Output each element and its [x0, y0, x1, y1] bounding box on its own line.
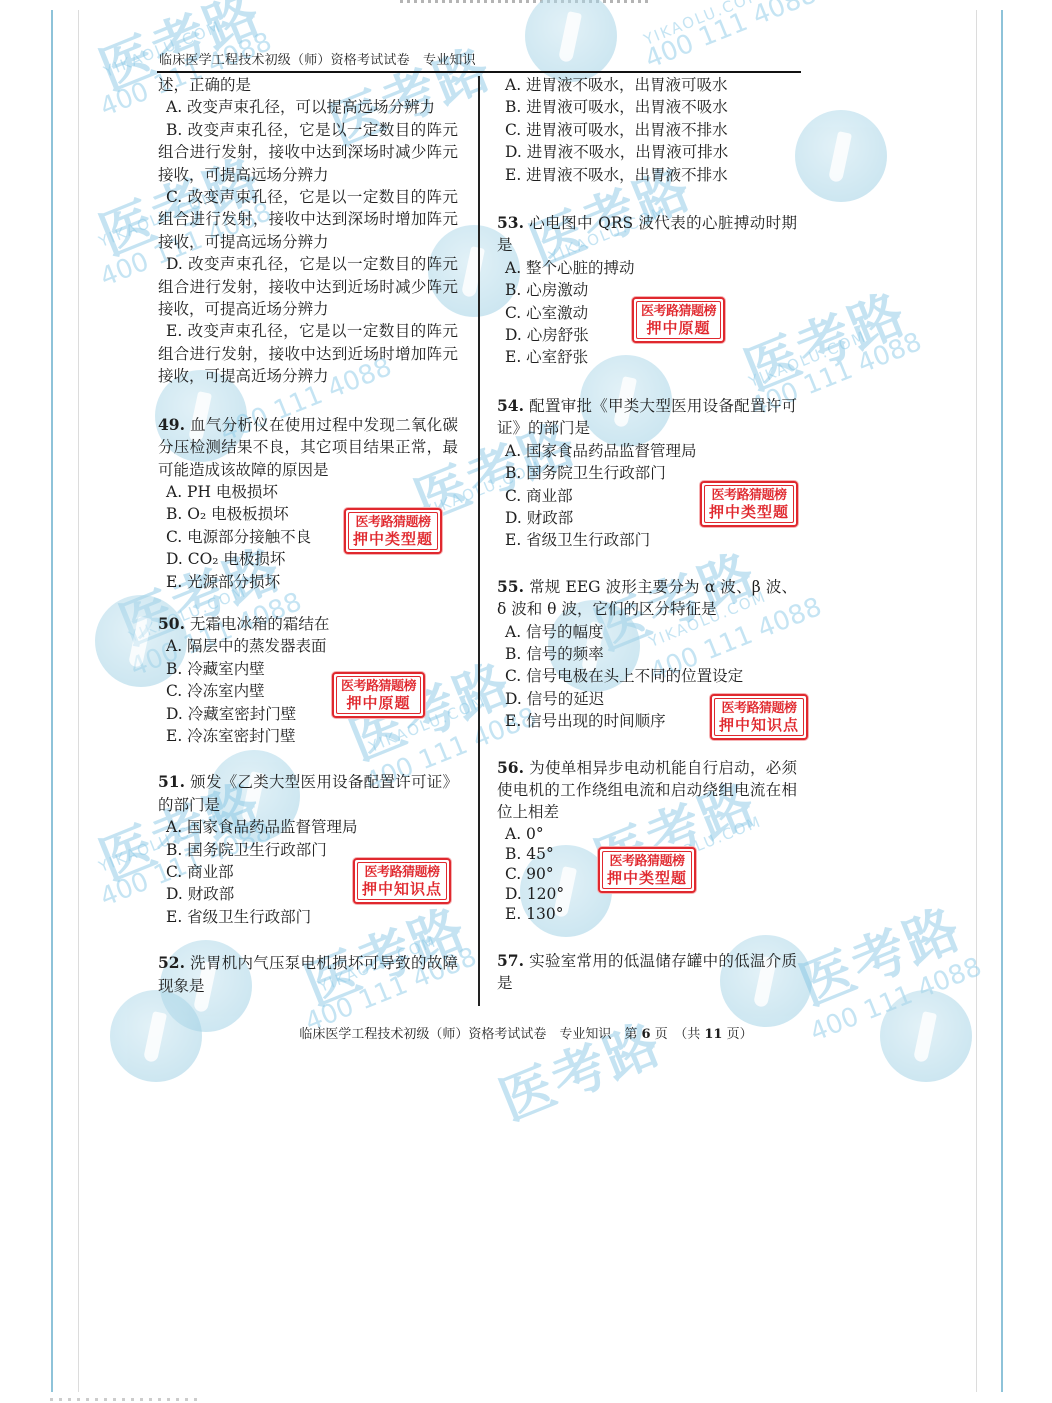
- stamp-brand: 医考路猜题榜: [709, 487, 789, 504]
- watermark-url: YIKAOLU.COM: [641, 0, 764, 49]
- watermark-logo: 医考路: [487, 1001, 672, 1135]
- option-e: E. 改变声束孔径，它是以一定数目的阵元组合进行发射，接收中达到近场时增加阵元接…: [158, 320, 458, 387]
- stamp-label: 押中知识点: [362, 881, 442, 898]
- stamp-badge-q54: 医考路猜题榜押中类型题: [700, 481, 798, 527]
- stamp-badge-q56: 医考路猜题榜押中类型题: [598, 847, 696, 893]
- stamp-brand: 医考路猜题榜: [607, 853, 687, 870]
- header-title: 临床医学工程技术初级（师）资格考试试卷 专业知识: [159, 49, 476, 68]
- stamp-label: 押中原题: [641, 320, 716, 337]
- question-number: 51.: [158, 772, 185, 791]
- stamp-badge-q55: 医考路猜题榜押中知识点: [710, 694, 808, 740]
- option-b: B. 信号的频率: [497, 643, 797, 665]
- option-a: A. 国家食品药品监督管理局: [158, 816, 458, 838]
- question-54: 54. 配置审批《甲类大型医用设备配置许可证》的部门是 A. 国家食品药品监督管…: [497, 395, 797, 552]
- stamp-badge-q49: 医考路猜题榜押中类型题: [344, 508, 442, 554]
- page-number: 6: [642, 1027, 651, 1042]
- question-56: 56. 为使单相异步电动机能自行启动，必须使电机的工作绕组电流和启动绕组电流在相…: [497, 757, 797, 924]
- stamp-label: 押中原题: [341, 695, 416, 712]
- question-52-options: A. 进胃液不吸水，出胃液可吸水 B. 进胃液可吸水，出胃液不吸水 C. 进胃液…: [497, 74, 797, 186]
- question-51: 51. 颁发《乙类大型医用设备配置许可证》的部门是 A. 国家食品药品监督管理局…: [158, 771, 458, 928]
- question-52: 52. 洗胃机内气压泵电机损坏可导致的故障现象是: [158, 952, 458, 997]
- scan-artifact-bottom: [50, 1398, 200, 1401]
- question-number: 54.: [497, 396, 524, 415]
- question-text: 常规 EEG 波形主要分为 α 波、β 波、δ 波和 θ 波，它们的区分特征是: [497, 578, 797, 618]
- stamp-label: 押中类型题: [607, 870, 687, 887]
- page-frame-right: [1001, 10, 1003, 1392]
- stamp-badge-q53: 医考路猜题榜押中原题: [632, 297, 725, 343]
- question-number: 57.: [497, 951, 524, 970]
- question-text: 配置审批《甲类大型医用设备配置许可证》的部门是: [497, 397, 797, 437]
- question-text: 洗胃机内气压泵电机损坏可导致的故障现象是: [158, 954, 458, 994]
- stamp-brand: 医考路猜题榜: [353, 514, 433, 531]
- option-d: D. 进胃液不吸水，出胃液可排水: [497, 141, 797, 163]
- stamp-brand: 医考路猜题榜: [719, 700, 799, 717]
- question-number: 56.: [497, 758, 524, 777]
- question-stem: 49. 血气分析仪在使用过程中发现二氧化碳分压检测结果不良，其它项目结果正常，最…: [158, 414, 458, 481]
- option-c: C. 进胃液可吸水，出胃液不排水: [497, 119, 797, 141]
- stamp-label: 押中类型题: [353, 531, 433, 548]
- footer-suffix: 页）: [727, 1027, 753, 1042]
- page-frame-left-inner: [78, 10, 79, 1392]
- option-e: E. 省级卫生行政部门: [158, 906, 458, 928]
- question-text: 血气分析仪在使用过程中发现二氧化碳分压检测结果不良，其它项目结果正常，最可能造成…: [158, 416, 458, 479]
- stamp-badge-q51: 医考路猜题榜押中知识点: [353, 858, 451, 904]
- question-number: 53.: [497, 213, 524, 232]
- footer-prefix: 临床医学工程技术初级（师）资格考试试卷 专业知识 第: [299, 1027, 637, 1042]
- option-a: A. 进胃液不吸水，出胃液可吸水: [497, 74, 797, 96]
- option-a: A. 0°: [497, 824, 797, 844]
- question-number: 49.: [158, 415, 185, 434]
- footer-middle: 页 （共: [655, 1027, 701, 1042]
- stamp-label: 押中类型题: [709, 504, 789, 521]
- question-text: 颁发《乙类大型医用设备配置许可证》的部门是: [158, 773, 458, 813]
- question-text: 实验室常用的低温储存罐中的低温介质是: [497, 952, 797, 992]
- page-frame-right-inner: [976, 10, 977, 1392]
- page-footer: 临床医学工程技术初级（师）资格考试试卷 专业知识 第 6 页 （共 11 页）: [0, 1023, 1052, 1042]
- page-frame-left: [51, 10, 53, 1392]
- option-e: E. 130°: [497, 904, 797, 924]
- option-e: E. 冷冻室密封门壁: [158, 725, 458, 747]
- option-c: C. 信号电极在头上不同的位置设定: [497, 665, 797, 687]
- watermark-drop-icon: [795, 110, 887, 202]
- option-c: C. 改变声束孔径，它是以一定数目的阵元组合进行发射，接收中达到深场时增加阵元接…: [158, 186, 458, 253]
- stamp-label: 押中知识点: [719, 717, 799, 734]
- option-e: E. 光源部分损坏: [158, 571, 458, 593]
- page-header: 临床医学工程技术初级（师）资格考试试卷 专业知识: [157, 49, 801, 73]
- question-48-continued: 述，正确的是 A. 改变声束孔径，可以提高远场分辨力 B. 改变声束孔径，它是以…: [158, 74, 458, 388]
- option-a: A. 改变声束孔径，可以提高远场分辨力: [158, 96, 458, 118]
- option-a: A. 隔层中的蒸发器表面: [158, 635, 458, 657]
- option-a: A. 国家食品药品监督管理局: [497, 440, 797, 462]
- question-57: 57. 实验室常用的低温储存罐中的低温介质是: [497, 950, 797, 995]
- total-pages: 11: [704, 1027, 722, 1042]
- option-b: B. 进胃液可吸水，出胃液不吸水: [497, 96, 797, 118]
- scan-artifact-top: [400, 0, 650, 3]
- stamp-brand: 医考路猜题榜: [362, 864, 442, 881]
- question-number: 50.: [158, 614, 185, 633]
- option-b: B. 改变声束孔径，它是以一定数目的阵元组合进行发射，接收中达到深场时减少阵元接…: [158, 119, 458, 186]
- watermark-logo: 医考路: [787, 886, 972, 1020]
- question-text: 心电图中 QRS 波代表的心脏搏动时期是: [497, 214, 797, 254]
- stamp-badge-q50: 医考路猜题榜押中原题: [332, 672, 425, 718]
- option-a: A. PH 电极损坏: [158, 481, 458, 503]
- stamp-brand: 医考路猜题榜: [641, 303, 716, 320]
- question-49: 49. 血气分析仪在使用过程中发现二氧化碳分压检测结果不良，其它项目结果正常，最…: [158, 414, 458, 593]
- option-a: A. 信号的幅度: [497, 621, 797, 643]
- question-stem: 述，正确的是: [158, 74, 458, 96]
- option-e: E. 心室舒张: [497, 346, 797, 368]
- option-e: E. 进胃液不吸水，出胃液不排水: [497, 164, 797, 186]
- stamp-brand: 医考路猜题榜: [341, 678, 416, 695]
- question-number: 52.: [158, 953, 185, 972]
- option-e: E. 省级卫生行政部门: [497, 529, 797, 551]
- question-number: 55.: [497, 577, 524, 596]
- question-text: 为使单相异步电动机能自行启动，必须使电机的工作绕组电流和启动绕组电流在相位上相差: [497, 759, 797, 822]
- question-text: 无霜电冰箱的霜结在: [190, 615, 330, 633]
- column-divider: [478, 76, 480, 1006]
- option-a: A. 整个心脏的搏动: [497, 257, 797, 279]
- question-53: 53. 心电图中 QRS 波代表的心脏搏动时期是 A. 整个心脏的搏动 B. 心…: [497, 212, 797, 369]
- option-d: D. 改变声束孔径，它是以一定数目的阵元组合进行发射，接收中达到近场时减少阵元接…: [158, 253, 458, 320]
